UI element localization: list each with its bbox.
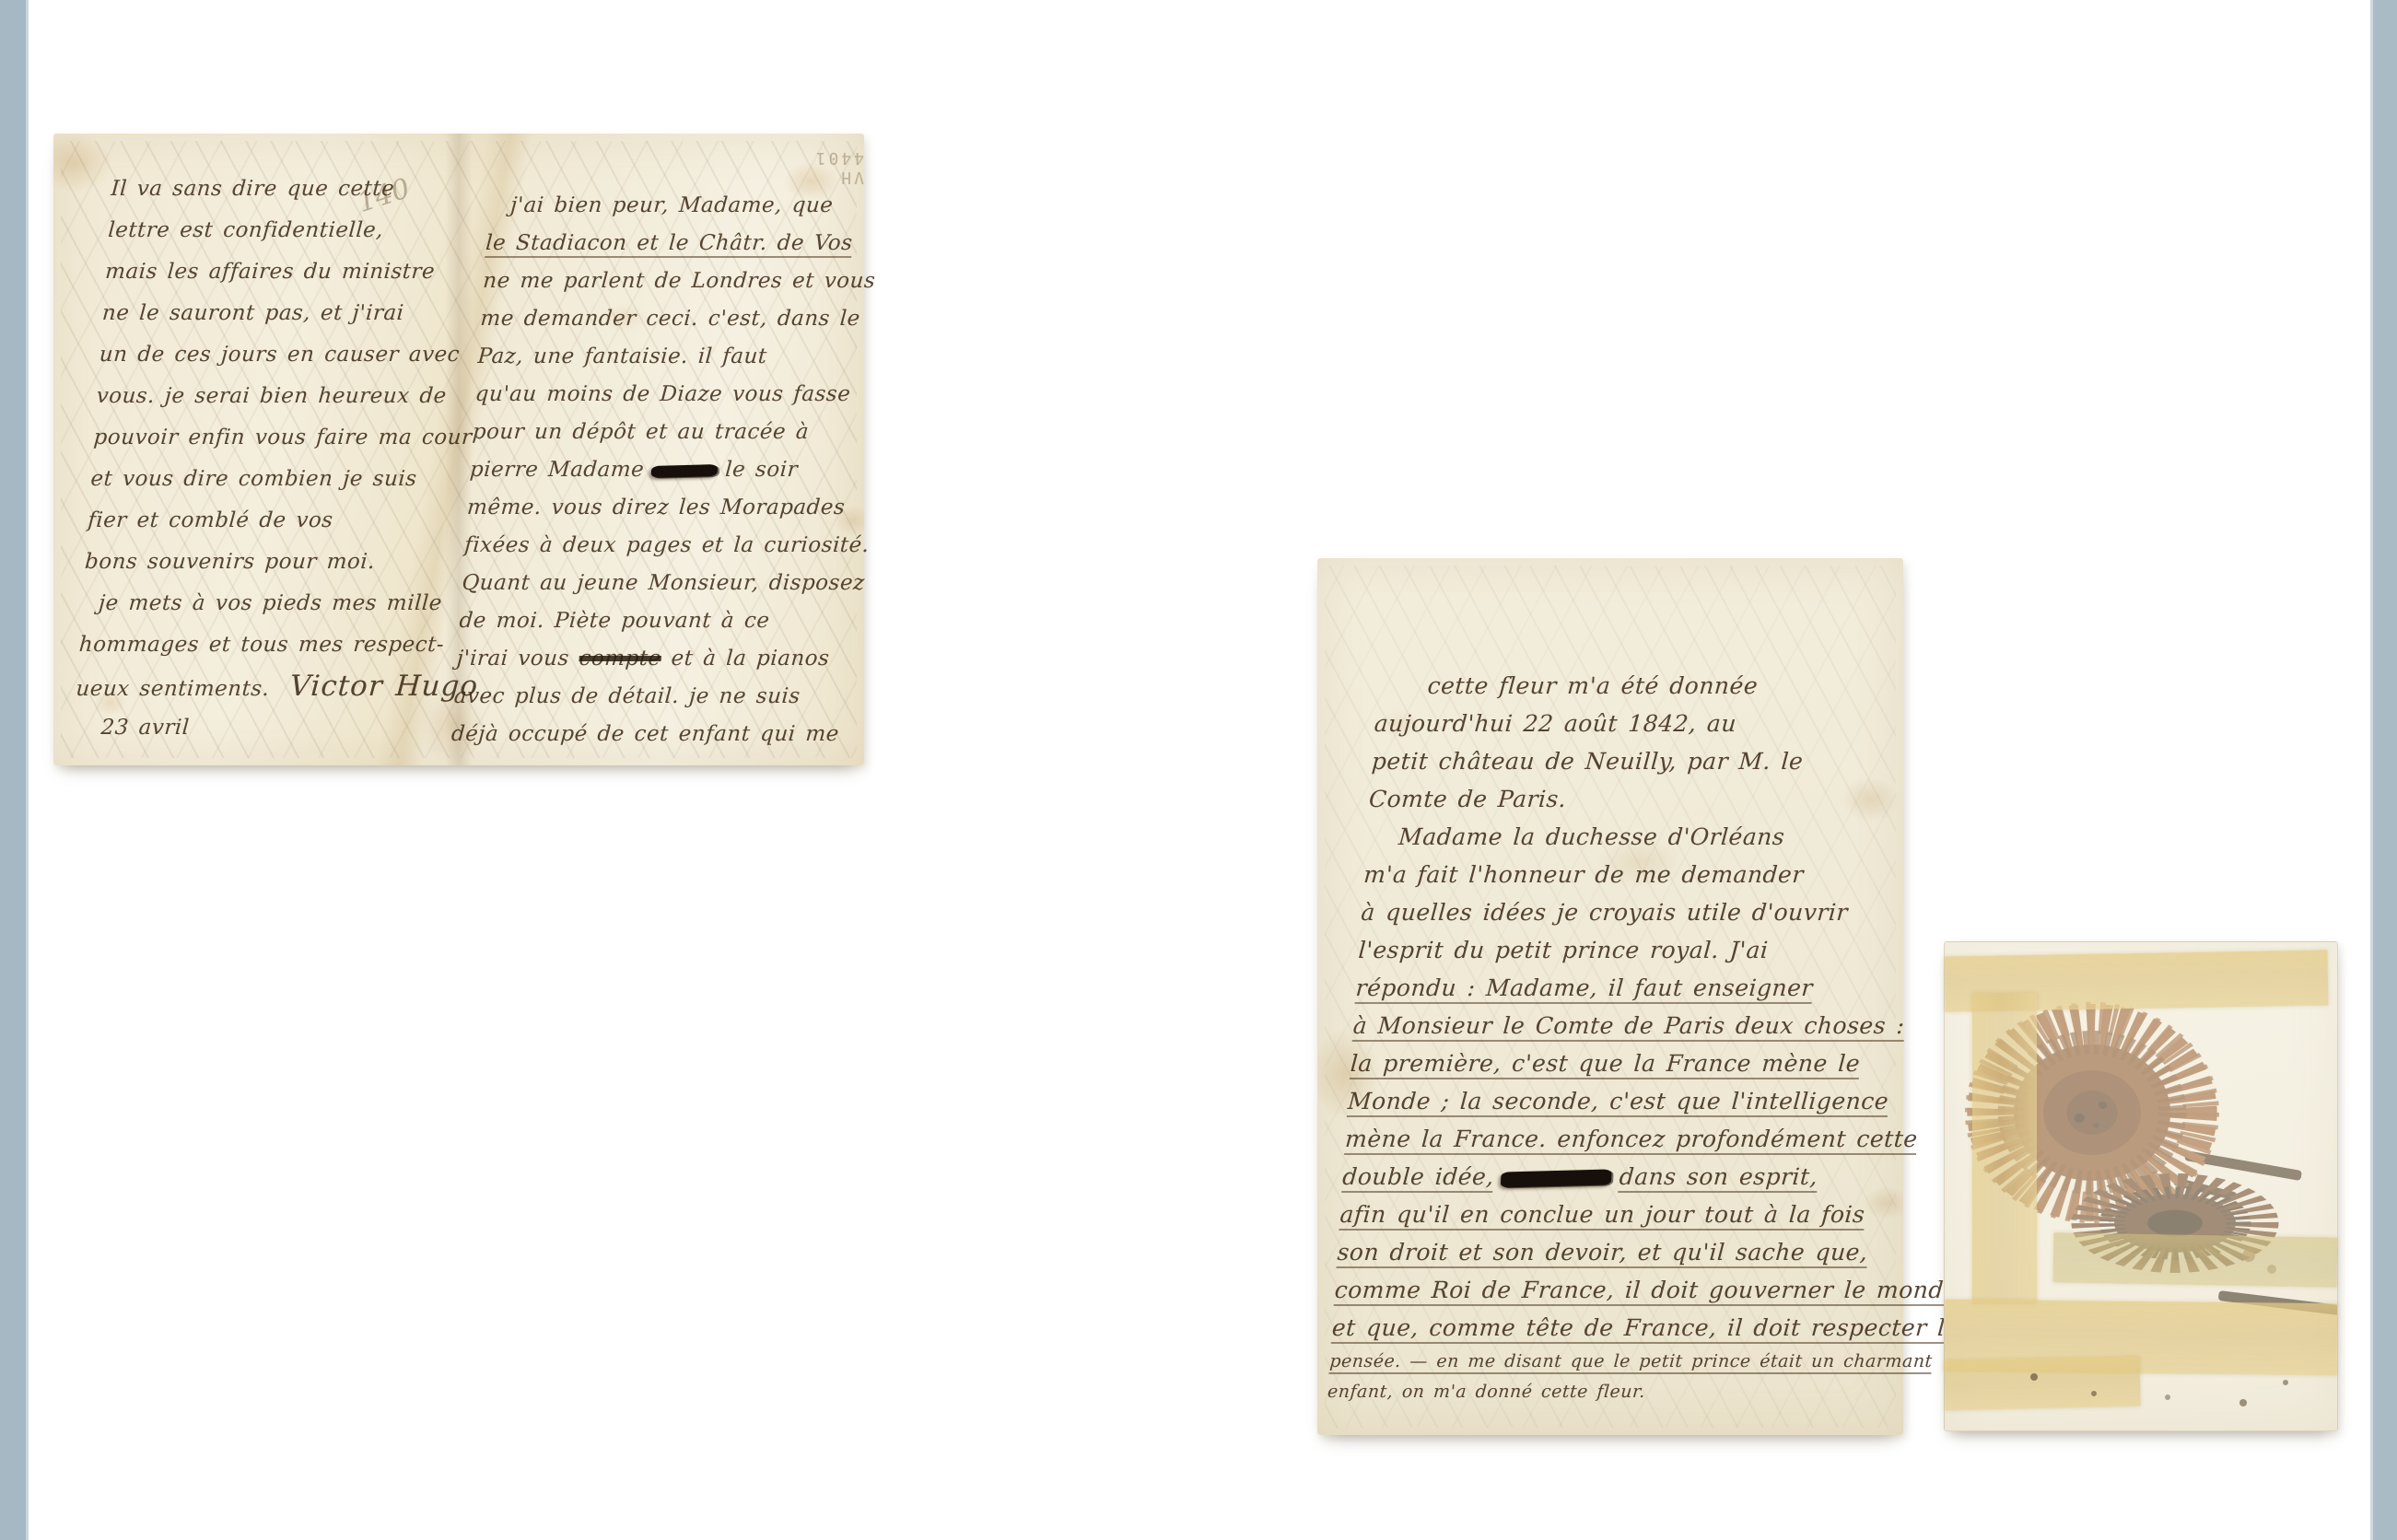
handwriting-line: ne me parlent de Londres et vous bbox=[482, 262, 853, 300]
handwriting-line: répondu : Madame, il faut enseigner bbox=[1354, 969, 1884, 1007]
pressed-flower-specimen bbox=[1944, 941, 2338, 1431]
handwriting-text: Monde ; la seconde, c'est que l'intellig… bbox=[1347, 1088, 1889, 1117]
handwriting-text: l'esprit du petit prince royal. J'ai bbox=[1358, 937, 1770, 963]
flower-note-page: cette fleur m'a été donnéeaujourd'hui 22… bbox=[1317, 558, 1903, 1435]
handwriting-line: vous. je serai bien heureux de bbox=[95, 376, 438, 417]
handwriting-line: à quelles idées je croyais utile d'ouvri… bbox=[1360, 893, 1889, 931]
plant-debris-specks bbox=[1945, 942, 1948, 946]
right-border-band bbox=[2370, 0, 2397, 1540]
handwriting-text: aujourd'hui 22 août 1842, au bbox=[1374, 710, 1737, 737]
handwriting-line: enfant, on m'a donné cette fleur. bbox=[1327, 1377, 1855, 1407]
archive-stamp: VH 4401 bbox=[779, 148, 864, 187]
handwriting-line: fier et comblé de vos bbox=[87, 500, 430, 542]
handwriting-text: Paz, une fantaisie. il faut bbox=[477, 344, 768, 368]
handwriting-text: Comte de Paris. bbox=[1368, 786, 1567, 812]
tape-strip-middle bbox=[2053, 1232, 2338, 1287]
handwriting-text: ueux sentiments. bbox=[76, 677, 271, 701]
handwriting-text: la première, c'est que la France mène le bbox=[1350, 1050, 1861, 1079]
handwriting-line: lettre est confidentielle, bbox=[107, 210, 450, 251]
handwriting-text: bons souvenirs pour moi. bbox=[84, 550, 376, 574]
handwriting-line: mène la France. enfoncez profondément ce… bbox=[1344, 1120, 1874, 1158]
handwriting-line: hommages et tous mes respect- bbox=[77, 624, 421, 666]
letter-two-page-spread: 140 VH 4401 Il va sans dire que cettelet… bbox=[53, 134, 864, 765]
handwriting-text: m'a fait l'honneur de me demander bbox=[1362, 861, 1805, 888]
handwriting-text: cette fleur m'a été donnée bbox=[1427, 672, 1760, 699]
handwriting-text: et à la pianos bbox=[661, 647, 830, 671]
handwriting-line: m'a fait l'honneur de me demander bbox=[1362, 856, 1892, 893]
handwriting-line: afin qu'il en conclue un jour tout à la … bbox=[1339, 1196, 1868, 1233]
handwriting-text: comme Roi de France, il doit gouverner l… bbox=[1334, 1277, 1959, 1306]
handwriting-line: j'ai bien peur, Madame, que bbox=[487, 187, 859, 225]
handwriting-text: pour un dépôt et au tracée à bbox=[472, 420, 810, 444]
handwriting-line: double idée,dans son esprit, bbox=[1341, 1158, 1871, 1196]
handwriting-text: j'irai vous bbox=[456, 647, 580, 671]
handwriting-text: le Stadiacon bbox=[485, 231, 627, 258]
handwriting-line: à Monsieur le Comte de Paris deux choses… bbox=[1351, 1007, 1881, 1044]
handwriting-line: le Stadiacon et le Châtr. de Vos bbox=[485, 225, 856, 262]
handwriting-line: déjà occupé de cet enfant qui me bbox=[450, 716, 821, 753]
handwriting-line: petit château de Neuilly, par M. le bbox=[1371, 742, 1900, 780]
handwriting-line: Madame la duchesse d'Orléans bbox=[1365, 818, 1895, 856]
handwriting-line: et vous dire combien je suis bbox=[89, 459, 433, 500]
handwriting-text: hommages et tous mes respect- bbox=[78, 633, 445, 657]
handwriting-text: et le Châtr. de Vos bbox=[626, 231, 853, 258]
handwriting-text: à quelles idées je croyais utile d'ouvri… bbox=[1360, 899, 1848, 926]
ink-blot bbox=[651, 464, 719, 478]
handwriting-text: de moi. Piète pouvant à ce bbox=[459, 609, 771, 633]
handwriting-line: comme Roi de France, il doit gouverner l… bbox=[1333, 1271, 1863, 1309]
handwriting-line: mais les affaires du ministre bbox=[104, 251, 448, 293]
handwriting-text: même. vous direz les Morapades bbox=[466, 496, 846, 519]
handwriting-line: pensée. — en me disant que le petit prin… bbox=[1328, 1347, 1857, 1377]
handwriting-text: Il va sans dire que cette bbox=[111, 177, 396, 201]
handwriting-text: avec plus de détail. je ne suis bbox=[453, 684, 801, 708]
handwriting-text: Madame la duchesse d'Orléans bbox=[1397, 823, 1785, 850]
handwriting-text: et que, comme tête de France, il doit re… bbox=[1331, 1314, 1960, 1344]
handwriting-text: j'ai bien peur, Madame, que bbox=[509, 193, 834, 217]
handwriting-text: Madame, il faut enseigner bbox=[1485, 974, 1814, 1004]
handwriting-text: dans son esprit, bbox=[1619, 1163, 1819, 1193]
handwriting-text: répondu : bbox=[1355, 974, 1488, 1004]
handwriting-line: et que, comme tête de France, il doit re… bbox=[1331, 1309, 1861, 1347]
tape-strip-bottom-corner bbox=[1944, 1357, 2140, 1410]
handwriting-line: un de ces jours en causer avec bbox=[98, 334, 441, 376]
handwriting-line: j'irai vous compte et à la pianos bbox=[455, 640, 826, 678]
handwriting-line: la première, c'est que la France mène le bbox=[1350, 1044, 1879, 1082]
handwriting-line: pouvoir enfin vous faire ma cour bbox=[92, 417, 436, 459]
handwriting-text: son droit et son devoir, et qu'il sache … bbox=[1336, 1239, 1868, 1268]
handwriting-line: qu'au moins de Diaze vous fasse bbox=[474, 376, 845, 414]
handwriting-text: le soir bbox=[724, 458, 799, 482]
handwriting-text: et vous dire combien je suis bbox=[90, 467, 418, 491]
struck-out-word: compte bbox=[579, 647, 662, 671]
handwriting-line: pour un dépôt et au tracée à bbox=[471, 414, 842, 451]
left-border-band bbox=[0, 0, 29, 1540]
handwriting-line: me demander ceci. c'est, dans le bbox=[479, 300, 850, 338]
handwriting-line: aujourd'hui 22 août 1842, au bbox=[1373, 705, 1902, 742]
tape-strip-left bbox=[1972, 993, 2037, 1304]
handwriting-text: double idée, bbox=[1341, 1163, 1495, 1193]
handwriting-line: pierre Madamele soir bbox=[469, 451, 840, 489]
handwriting-line: ueux sentiments.Victor Hugo bbox=[75, 666, 418, 707]
handwriting-text: pouvoir enfin vous faire ma cour bbox=[93, 426, 474, 449]
handwriting-text: pensée. — en me disant que le petit prin… bbox=[1328, 1351, 1933, 1374]
handwriting-text: 23 avril bbox=[100, 716, 191, 740]
handwriting-text: petit château de Neuilly, par M. le bbox=[1371, 748, 1804, 775]
right-page-handwriting: j'ai bien peur, Madame, quele Stadiacon … bbox=[450, 187, 858, 753]
handwriting-line: cette fleur m'a été donnée bbox=[1375, 667, 1905, 705]
handwriting-text: afin qu'il en conclue un jour tout à la … bbox=[1339, 1201, 1865, 1231]
handwriting-line: même. vous direz les Morapades bbox=[466, 489, 837, 527]
handwriting-text: fixées à deux pages et la curiosité. bbox=[463, 533, 870, 557]
handwriting-line: avec plus de détail. je ne suis bbox=[452, 678, 824, 716]
handwriting-text: un de ces jours en causer avec bbox=[99, 343, 461, 367]
handwriting-text: lettre est confidentielle, bbox=[107, 218, 384, 242]
handwriting-line: bons souvenirs pour moi. bbox=[84, 542, 427, 583]
handwriting-line: ne le sauront pas, et j'irai bbox=[100, 293, 444, 334]
handwriting-text: ne le sauront pas, et j'irai bbox=[101, 301, 404, 325]
handwriting-text: enfant, on m'a donné cette fleur. bbox=[1327, 1382, 1646, 1402]
photo-canvas: 140 VH 4401 Il va sans dire que cettelet… bbox=[0, 0, 2397, 1540]
handwriting-text: je mets à vos pieds mes mille bbox=[98, 591, 443, 615]
handwriting-line: de moi. Piète pouvant à ce bbox=[458, 602, 829, 640]
handwriting-text: à Monsieur le Comte de Paris deux choses… bbox=[1352, 1012, 1906, 1042]
signature: Victor Hugo bbox=[288, 670, 479, 703]
handwriting-text: fier et comblé de vos bbox=[87, 508, 333, 532]
handwriting-line: Il va sans dire que cette bbox=[110, 169, 453, 210]
handwriting-text: ne me parlent de Londres et vous bbox=[482, 269, 876, 293]
handwriting-line: 23 avril bbox=[72, 707, 415, 749]
handwriting-text: déjà occupé de cet enfant qui me bbox=[450, 722, 840, 746]
handwriting-text: me demander ceci. c'est, dans le bbox=[480, 307, 861, 331]
handwriting-text: vous. je serai bien heureux de bbox=[96, 384, 448, 408]
handwriting-line: son droit et son devoir, et qu'il sache … bbox=[1336, 1233, 1865, 1271]
handwriting-line: Monde ; la seconde, c'est que l'intellig… bbox=[1347, 1082, 1877, 1120]
handwriting-text: qu'au moins de Diaze vous fasse bbox=[474, 382, 851, 406]
note-handwriting: cette fleur m'a été donnéeaujourd'hui 22… bbox=[1327, 667, 1905, 1407]
handwriting-line: Paz, une fantaisie. il faut bbox=[476, 338, 848, 376]
handwriting-text: mais les affaires du ministre bbox=[104, 260, 436, 284]
handwriting-line: l'esprit du petit prince royal. J'ai bbox=[1357, 931, 1887, 969]
handwriting-text: pierre Madame bbox=[469, 458, 645, 482]
handwriting-line: fixées à deux pages et la curiosité. bbox=[463, 527, 835, 565]
handwriting-line: Comte de Paris. bbox=[1368, 780, 1898, 818]
handwriting-text: mène la France. enfoncez profondément ce… bbox=[1344, 1126, 1919, 1155]
left-page-handwriting: Il va sans dire que cettelettre est conf… bbox=[72, 169, 453, 749]
handwriting-line: Quant au jeune Monsieur, disposez bbox=[461, 565, 832, 602]
handwriting-text: Quant au jeune Monsieur, disposez bbox=[462, 571, 866, 595]
ink-blot bbox=[1501, 1169, 1612, 1187]
handwriting-line: je mets à vos pieds mes mille bbox=[80, 583, 424, 624]
